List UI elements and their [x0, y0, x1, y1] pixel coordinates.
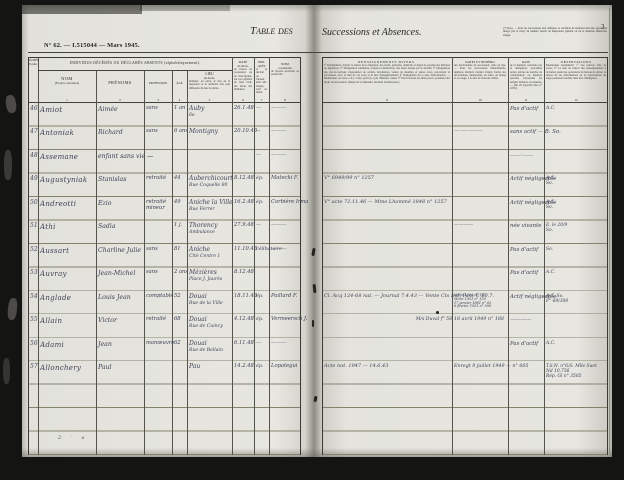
cell-epoux: [269, 267, 301, 270]
cell-epoux: Paillard F.: [269, 291, 301, 300]
cell-mention-actif: [508, 361, 544, 364]
table-row: 51AthiSadia1 j.ThorencyAmbulance27.9.48—…: [28, 220, 301, 243]
cell-prenoms: enfant sans vie —: [96, 150, 144, 160]
cell-etat-civil: [254, 267, 269, 270]
form-number: N° 62. — I.515044 — Mars 1945.: [44, 42, 140, 49]
column-header-epoux: NOM et prénoms de l'époux survivant ou p…: [269, 58, 301, 103]
cell-mention-actif: Pas d'actif: [508, 338, 544, 347]
cell-age: 44: [172, 173, 187, 182]
cell-mention-actif: sans actif — B. So.: [508, 126, 544, 135]
cell-profession: [144, 150, 172, 153]
cell-profession: sans: [144, 103, 172, 112]
table-row-right: Cl. Acq 124-68 nat. — Journal 7.4.43 — V…: [322, 291, 608, 314]
cell-profession: retraité: [144, 314, 172, 323]
cell-observations: A.C.So.: [544, 197, 608, 210]
page-edge: [609, 8, 610, 454]
cell-date-deces: [232, 150, 254, 153]
table-row: 46AmiotAiméesans1 anAuby6e26.1.48————: [28, 103, 301, 126]
cell-observations: A.C.: [544, 267, 608, 275]
cell-dates-numero: [452, 150, 508, 153]
cell-renseignements: [322, 220, 452, 223]
pencil-marks: 2 ′ a: [58, 435, 88, 441]
cell-renseignements: M/s Duval f° 58: [322, 314, 452, 322]
table-row-right: Pas d'actifA.C.: [322, 267, 608, 290]
cell-order-number: 48: [28, 150, 38, 160]
column-header-lieu: LIEU du décès. Indiquer, en outre, le li…: [187, 70, 232, 103]
cell-profession: [144, 361, 172, 364]
cell-dates-numero: [452, 267, 508, 270]
cell-dates-numero: [452, 197, 508, 200]
cell-nom: Andreotti: [38, 197, 96, 208]
cell-observations: So.: [544, 244, 608, 252]
cell-age: [172, 150, 187, 153]
cell-observations: A.C. So.F° 69/308: [544, 291, 608, 304]
cell-lieu-deces: [187, 150, 232, 153]
cell-date-deces: 27.9.48: [232, 220, 254, 229]
cell-dates-numero: [452, 244, 508, 247]
cell-order-number: 49: [28, 173, 38, 183]
table-row-right: Pas d'actifA.C.: [322, 103, 608, 126]
cell-renseignements: [322, 103, 452, 106]
cell-age: 49: [172, 197, 187, 206]
table-row-right: M/s Duval f° 5818 avril 1949 n° 188————: [322, 314, 608, 337]
cell-age: 81: [172, 244, 187, 253]
column-header-profession: PROFESSION 3: [144, 70, 172, 103]
cell-prenoms: Aimée: [96, 103, 144, 113]
cell-prenoms: Stanislas: [96, 173, 144, 183]
cell-prenoms: Charline Julie: [96, 244, 144, 254]
cell-dates-numero: ————: [452, 220, 508, 229]
cell-prenoms: Jean-Michel: [96, 267, 144, 277]
cell-profession: [144, 220, 172, 223]
table-row: 57AlloncheryPaulPau14.2.48ép.Lopategui: [28, 361, 301, 384]
cell-mention-actif: née vivante: [508, 220, 544, 229]
cell-order-number: 52: [28, 244, 38, 254]
cell-observations: [544, 150, 608, 153]
cell-mention-actif: Actif négligeable: [508, 197, 544, 206]
cell-observations: A.C.So.: [544, 173, 608, 186]
cell-date-deces: 20.10.48: [232, 126, 254, 135]
cell-dates-numero: —··—··—··—: [452, 126, 508, 135]
cell-age: 52: [172, 291, 187, 300]
cell-date-deces: 16.2.48: [232, 197, 254, 206]
table-row-right: V° acte 72.11.46 — Mme Lhommé 1848 n° 12…: [322, 197, 608, 220]
cell-epoux: Lopategui: [269, 361, 301, 370]
scanned-register-page: N° 62. — I.515044 — Mars 1945. Table des…: [0, 0, 624, 480]
cell-mention-actif: ————: [508, 314, 544, 323]
cell-date-deces: 4.12.48: [232, 314, 254, 323]
cell-observations: A.C.: [544, 103, 608, 111]
cell-nom: Allonchery: [38, 361, 96, 372]
cell-epoux: Corbière Irma: [269, 197, 301, 206]
cell-nom: Antoniak: [38, 126, 96, 137]
ink-dot: [436, 311, 439, 314]
cell-lieu-deces: ThorencyAmbulance: [187, 220, 232, 235]
cell-lieu-deces: DouaiRue de Cuincy: [187, 314, 232, 329]
cell-mention-actif: Pas d'actif: [508, 103, 544, 112]
cell-prenoms: Richard: [96, 126, 144, 136]
cell-nom: Adami: [38, 338, 96, 349]
cell-profession: sans: [144, 267, 172, 276]
cell-nom: Aussart: [38, 244, 96, 255]
cell-mention-actif: Actif négligeable: [508, 173, 544, 182]
table-row: 53AuvrayJean-Michelsans2 ansMézièresPlac…: [28, 267, 301, 290]
column-header-nom: NOM (En gros caractères) 1: [38, 70, 96, 103]
cell-mention-actif: Pas d'actif: [508, 267, 544, 276]
cell-order-number: 46: [28, 103, 38, 113]
cell-date-deces: 11.10.48: [232, 244, 254, 253]
cell-profession: comptable: [144, 291, 172, 300]
cell-date-deces: 8.12.48: [232, 173, 254, 182]
ink-smudge: [312, 320, 314, 327]
column-header-renseignements: RENSEIGNEMENTS DIVERS. 1° Désignation, d…: [322, 58, 452, 103]
cell-lieu-deces: MézièresPlace J. Jaurès: [187, 267, 232, 282]
cell-lieu-deces: DouaiRue de la Ville: [187, 291, 232, 306]
table-row: 50AndreottiEzioretraitémineur49Aniche la…: [28, 197, 301, 220]
table-row-right: Pas d'actifA.C.: [322, 338, 608, 361]
table-row: 47AntoniakRichardsans6 ansMontigny20.10.…: [28, 126, 301, 149]
cell-etat-civil: —: [254, 220, 269, 229]
cell-order-number: 53: [28, 267, 38, 277]
cell-profession: retraité: [144, 173, 172, 182]
cell-profession: sans: [144, 244, 172, 253]
column-header-observations: OBSERVATIONS Mentionner notamment: 1° Le…: [544, 58, 608, 103]
cell-nom: Auvray: [38, 267, 96, 278]
column-header-age: ÂGE 4: [172, 70, 187, 103]
cell-epoux: ———: [269, 103, 301, 112]
cell-order-number: 47: [28, 126, 38, 136]
cell-etat-civil: —: [254, 126, 269, 135]
cell-date-deces: 14.2.48: [232, 361, 254, 370]
cell-observations: [544, 126, 608, 129]
cell-etat-civil: —: [254, 103, 269, 112]
cell-dates-numero: 18 avril 1949 n° 188: [452, 314, 508, 323]
table-row-right: —··—··—··—sans actif — B. So.: [322, 126, 608, 149]
cell-etat-civil: ép.: [254, 361, 269, 370]
cell-renseignements: [322, 126, 452, 129]
cell-epoux: ———: [269, 126, 301, 135]
cell-age: 1 an: [172, 103, 187, 112]
cell-age: 6 ans: [172, 126, 187, 135]
scan-artifact: [5, 94, 17, 113]
cell-etat-civil: ép.: [254, 314, 269, 323]
column-header-dates-numero: DATES ET NUMÉRO des déclarations de succ…: [452, 58, 508, 103]
cell-profession: retraitémineur: [144, 197, 172, 212]
cell-mention-actif: Actif négligeable: [508, 291, 544, 300]
cell-epoux: ———: [269, 338, 301, 347]
cell-nom: Anglade: [38, 291, 96, 302]
cell-etat-civil: ép.: [254, 291, 269, 300]
cell-etat-civil: célibataire: [254, 244, 269, 253]
cell-nom: Allain: [38, 314, 96, 325]
table-row: 56AdamiJeanmanœuvre62DouaiRue de Bellain…: [28, 338, 301, 361]
cell-profession: sans: [144, 126, 172, 135]
group-header: INDIVIDUS DÉCÉDÉS OU DÉCLARÉS ABSENTS (a…: [38, 58, 232, 70]
cell-etat-civil: —: [254, 150, 269, 159]
cell-prenoms: Victor: [96, 314, 144, 324]
table-row-right: Pas d'actifSo.: [322, 244, 608, 267]
scan-artifact: [3, 358, 10, 384]
cell-age: 2 ans: [172, 267, 187, 276]
cell-mention-actif: ——·——: [508, 150, 544, 159]
table-row: 55AllainVictorretraité68DouaiRue de Cuin…: [28, 314, 301, 337]
scan-artifact: [4, 150, 12, 180]
scan-shadow: [22, 5, 142, 14]
cell-order-number: 55: [28, 314, 38, 324]
cell-renseignements: [322, 244, 452, 247]
cell-nom: Assemane: [38, 150, 96, 161]
table-row-right: ————née vivanteE. le 20/9So.: [322, 220, 608, 243]
cell-date-deces: 26.1.48: [232, 103, 254, 112]
cell-renseignements: [322, 150, 452, 153]
cell-etat-civil: —: [254, 338, 269, 347]
cell-age: 68: [172, 314, 187, 323]
cell-order-number: 50: [28, 197, 38, 207]
cell-observations: E. le 20/9So.: [544, 220, 608, 233]
cell-dates-numero: [452, 103, 508, 106]
cell-nom: Athi: [38, 220, 96, 231]
cell-lieu-deces: Aniche la VilleRue Ferrer: [187, 197, 232, 212]
page-number: 3: [601, 23, 605, 31]
cell-epoux: Vermeersch J.: [269, 314, 301, 323]
cell-prenoms: Paul: [96, 361, 144, 371]
cell-order-number: 56: [28, 338, 38, 348]
cell-age: 1 j.: [172, 220, 187, 229]
cell-nom: Augustyniak: [38, 173, 96, 184]
cell-order-number: 51: [28, 220, 38, 230]
cell-date-deces: 18.11.48: [232, 291, 254, 300]
header-rule: [28, 52, 608, 53]
cell-renseignements: [322, 338, 452, 341]
cell-epoux: Matecki F.: [269, 173, 301, 182]
cell-observations: T.S.N. n°6/S. Mlle SuetNd 10.756Rép. Gl …: [544, 361, 608, 379]
cell-dates-numero: [452, 338, 508, 341]
column-header-numeros: NUMÉROS d'ordre.: [28, 58, 38, 103]
scan-artifact: [7, 298, 18, 321]
cell-lieu-deces: Pau: [187, 361, 232, 371]
page-title-left: Table des: [250, 25, 293, 37]
printed-nota: (*) Nota. — Pour les successions non déf…: [503, 27, 607, 37]
cell-epoux: ———: [269, 220, 301, 229]
cell-epoux: ———: [269, 150, 301, 159]
cell-etat-civil: ép.: [254, 197, 269, 206]
cell-profession: manœuvre: [144, 338, 172, 347]
cell-nom: Amiot: [38, 103, 96, 114]
cell-epoux: ———: [269, 244, 301, 253]
column-header-date-mention: DATE de la mention constatée par la délé…: [508, 58, 544, 103]
cell-renseignements: V° 6949/99 n° 1257: [322, 173, 452, 182]
column-header-date-deces: DATE du décès, de l'envoi en possession …: [232, 58, 254, 103]
cell-age: 62: [172, 338, 187, 347]
cell-age: [172, 361, 187, 364]
cell-dates-numero: Mche 1950 n° 143Mche 1951 n° 15917 janvi…: [452, 291, 508, 310]
cell-lieu-deces: Auby6e: [187, 103, 232, 118]
cell-date-deces: 8.12.48: [232, 267, 254, 276]
cell-prenoms: Louis Jean: [96, 291, 144, 301]
table-row-right: ——·——: [322, 150, 608, 173]
cell-order-number: 54: [28, 291, 38, 301]
table-row: 54AngladeLouis Jeancomptable52DouaiRue d…: [28, 291, 301, 314]
cell-etat-civil: ép.: [254, 173, 269, 182]
cell-date-deces: 6.11.48: [232, 338, 254, 347]
cell-renseignements: [322, 267, 452, 270]
cell-dates-numero: Enregt 9 juillet 1949 — n° 605: [452, 361, 508, 370]
cell-observations: [544, 314, 608, 317]
scan-shadow: [140, 5, 230, 11]
column-header-prenoms: PRÉNOMS 2: [96, 70, 144, 103]
table-row-right: V° 6949/99 n° 1257Actif négligeableA.C.S…: [322, 173, 608, 196]
page-title-right: Successions et Absences.: [322, 27, 422, 38]
cell-renseignements: Acte not. 1947 — 14.6.43: [322, 361, 452, 370]
cell-prenoms: Ezio: [96, 197, 144, 207]
cell-order-number: 57: [28, 361, 38, 371]
cell-renseignements: V° acte 72.11.46 — Mme Lhommé 1848 n° 12…: [322, 197, 452, 206]
table-row: 49AugustyniakStanislasretraité44Auberchi…: [28, 173, 301, 196]
cell-mention-actif: Pas d'actif: [508, 244, 544, 253]
table-row: 48Assemaneenfant sans vie —————: [28, 150, 301, 173]
cell-renseignements: Cl. Acq 124-68 nat. — Journal 7.4.43 — V…: [322, 291, 452, 300]
column-header-indiques: INDI-QUÉS si le décédé ou l'absent était…: [254, 58, 269, 103]
cell-observations: A.C.: [544, 338, 608, 346]
cell-lieu-deces: AuberchicourtRue Coquelle 80: [187, 173, 232, 188]
cell-dates-numero: [452, 173, 508, 176]
cell-lieu-deces: Montigny: [187, 126, 232, 136]
cell-lieu-deces: AnicheCité Centre 1: [187, 244, 232, 259]
cell-lieu-deces: DouaiRue de Bellain: [187, 338, 232, 353]
cell-prenoms: Jean: [96, 338, 144, 348]
table-row-right: Acte not. 1947 — 14.6.43Enregt 9 juillet…: [322, 361, 608, 384]
table-row: 52AussartCharline Juliesans81AnicheCité …: [28, 244, 301, 267]
cell-prenoms: Sadia: [96, 220, 144, 230]
